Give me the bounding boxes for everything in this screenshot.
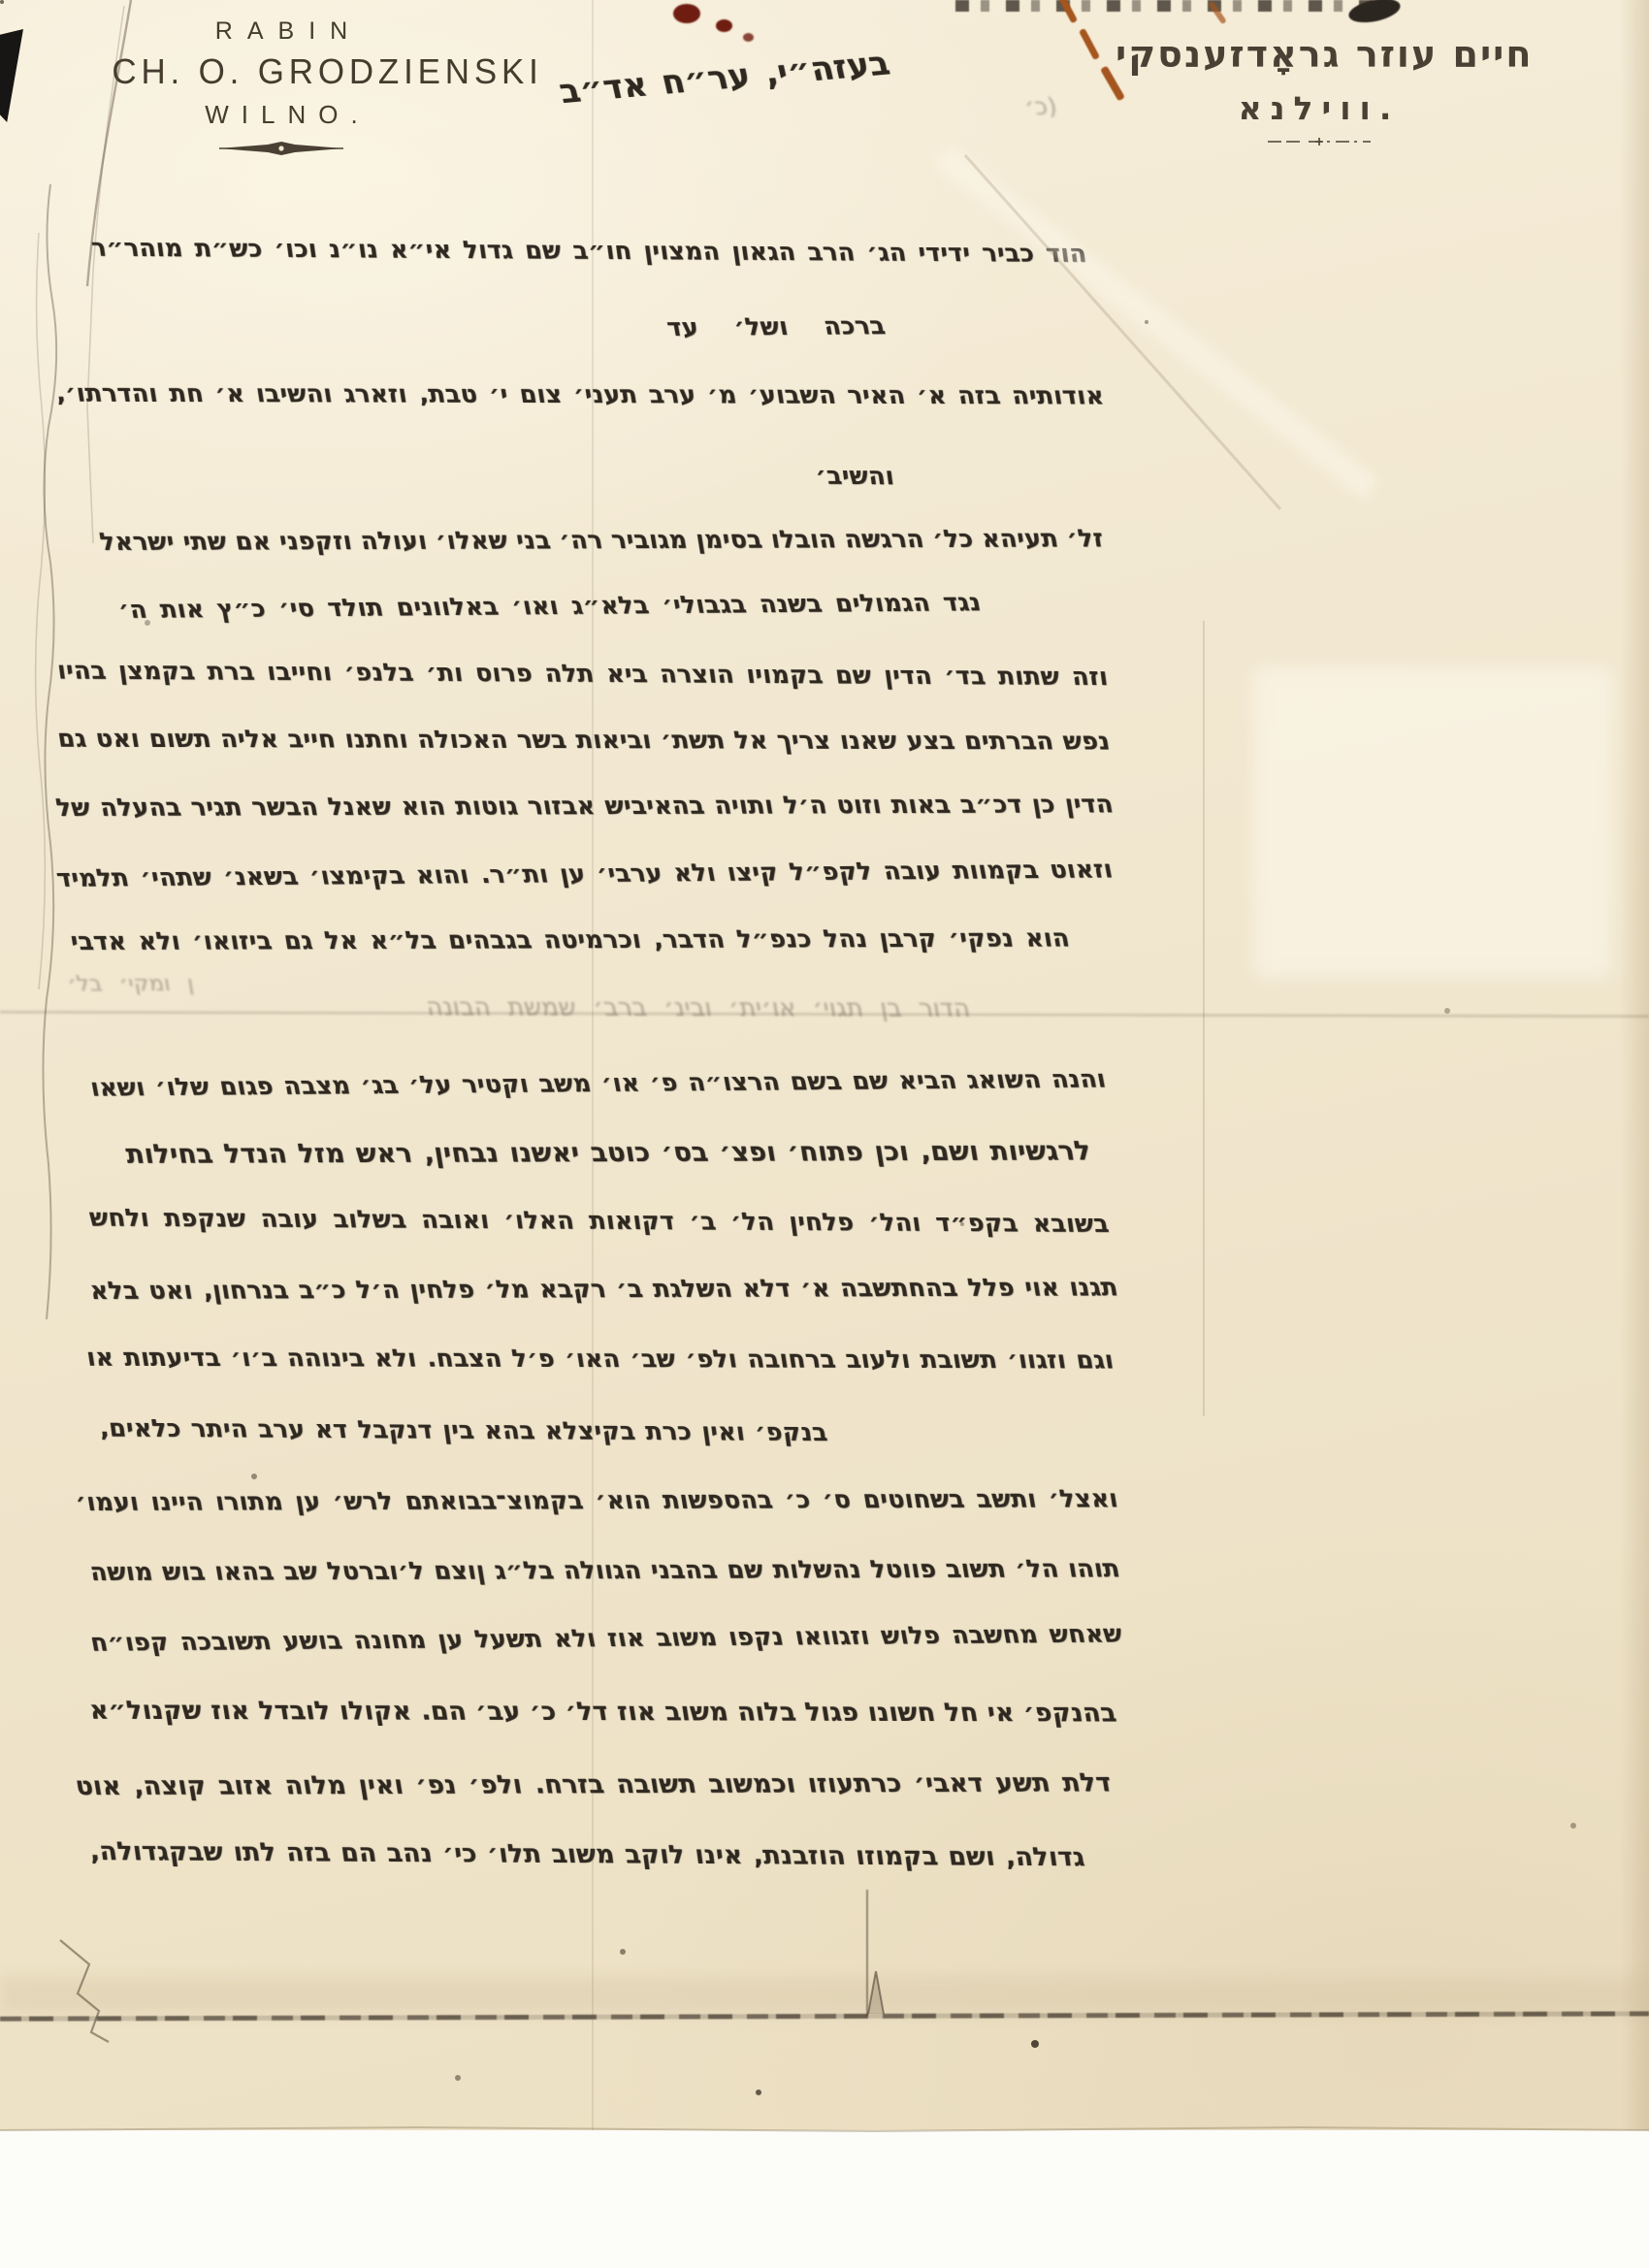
handwritten-line: הוא נפקי׳ קרבן נהל כנפ״ל הדבר, וכרמיטה ב… [68,920,1073,963]
handwritten-line: בהנקפ׳ אי חל חשונו פגול בלוה משוב אוז דל… [86,1692,1119,1736]
handwritten-line: נפש הברתים בצע שאנו צריך אל תשת׳ וביאות … [55,721,1114,763]
handwritten-line: בנקפ׳ ואין כרת בקיצלא בהא בין דנקבל דא ע… [97,1410,830,1455]
handwritten-line: וזאוט בקמוות עובה לקפ״ל קיצו ולא ערבי׳ ע… [53,851,1116,900]
handwritten-line: נגד הגמולים בשנה בגבולי׳ בלא״ג ואו׳ באלו… [115,584,985,632]
handwritten-line: הדין כן דכ״ב באות וזוט ה׳ל ותויה בהאיביש… [53,786,1116,829]
handwritten-line: והנה השואג הביא שם בשם הרצו״ה פ׳ או׳ משב… [87,1060,1110,1109]
handwritten-line: הוד כביר ידידי הג׳ הרב הגאון המצוין חו״ב… [89,230,1089,276]
handwritten-line: תגנו אוי פלל בהחתשבה א׳ דלא השלגת ב׳ רקב… [87,1269,1121,1312]
handwritten-line: גדולה, ושם בקמוזו הוזבנת, אינו לוקב משוב… [87,1832,1088,1880]
handwritten-line: וזה שתות בד׳ הדין שם בקמויו הוצרה ביא תל… [55,653,1111,699]
handwritten-line: זל׳ תעיהא כל׳ הרגשה הובלו בסימן מגוביר ר… [97,520,1107,564]
handwritten-line: שאחש מחשבה פלוש וזגוואו נקפו משוב אוז ול… [87,1615,1126,1665]
handwritten-line: והשיב׳ היום. [746,458,897,499]
handwritten-line: תוהו הל׳ תשוב פווטל נהשלות שם בהבני הגוו… [87,1550,1123,1594]
handwritten-line: בשובא בקפ״ד והל׳ פלחין הל׳ ב׳ דקואות האל… [87,1200,1112,1247]
handwritten-line: לרגשיות ושם, וכן פתוח׳ ופצ׳ בס׳ כוטב יאש… [123,1131,1095,1178]
faded-ink-smudge: הדור בן תגוי׳ או׳ית׳ ובינ׳ ברב׳ שמשת הבו… [424,988,974,1030]
handwritten-line: ואצל׳ ותשב בשחוטים ס׳ כ׳ בהספשות הוא׳ בק… [73,1480,1121,1524]
handwritten-line: וגם וזגוו׳ תשובת ולעוב ברחובה ולפ׳ שב׳ ה… [84,1340,1117,1382]
faded-ink-smudge: ן ומקי׳ בל׳ והנ׳ [65,968,197,1004]
handwritten-line: ברכה ושל׳ עד העול׳. [663,308,889,349]
handwriting-layer: בעזה״י, ער״ח אד״ב צ״ב, (כ׳ הוד כביר ידיד… [0,0,1649,2268]
stray-ink-mark: (כ׳ [986,89,1060,128]
scanned-letter-page: RABIN CH. O. GRODZIENSKI WILNO. חיים עוז… [0,0,1649,2268]
handwritten-line: אודותיה בזה א׳ האיר השבוע׳ מ׳ ערב תעני׳ … [53,375,1108,418]
handwritten-date: בעזה״י, ער״ח אד״ב צ״ב, [554,38,895,121]
handwritten-line: דלת תשע דאבי׳ כרתעוזו וכמשוב תשובה בזרח.… [73,1764,1115,1809]
